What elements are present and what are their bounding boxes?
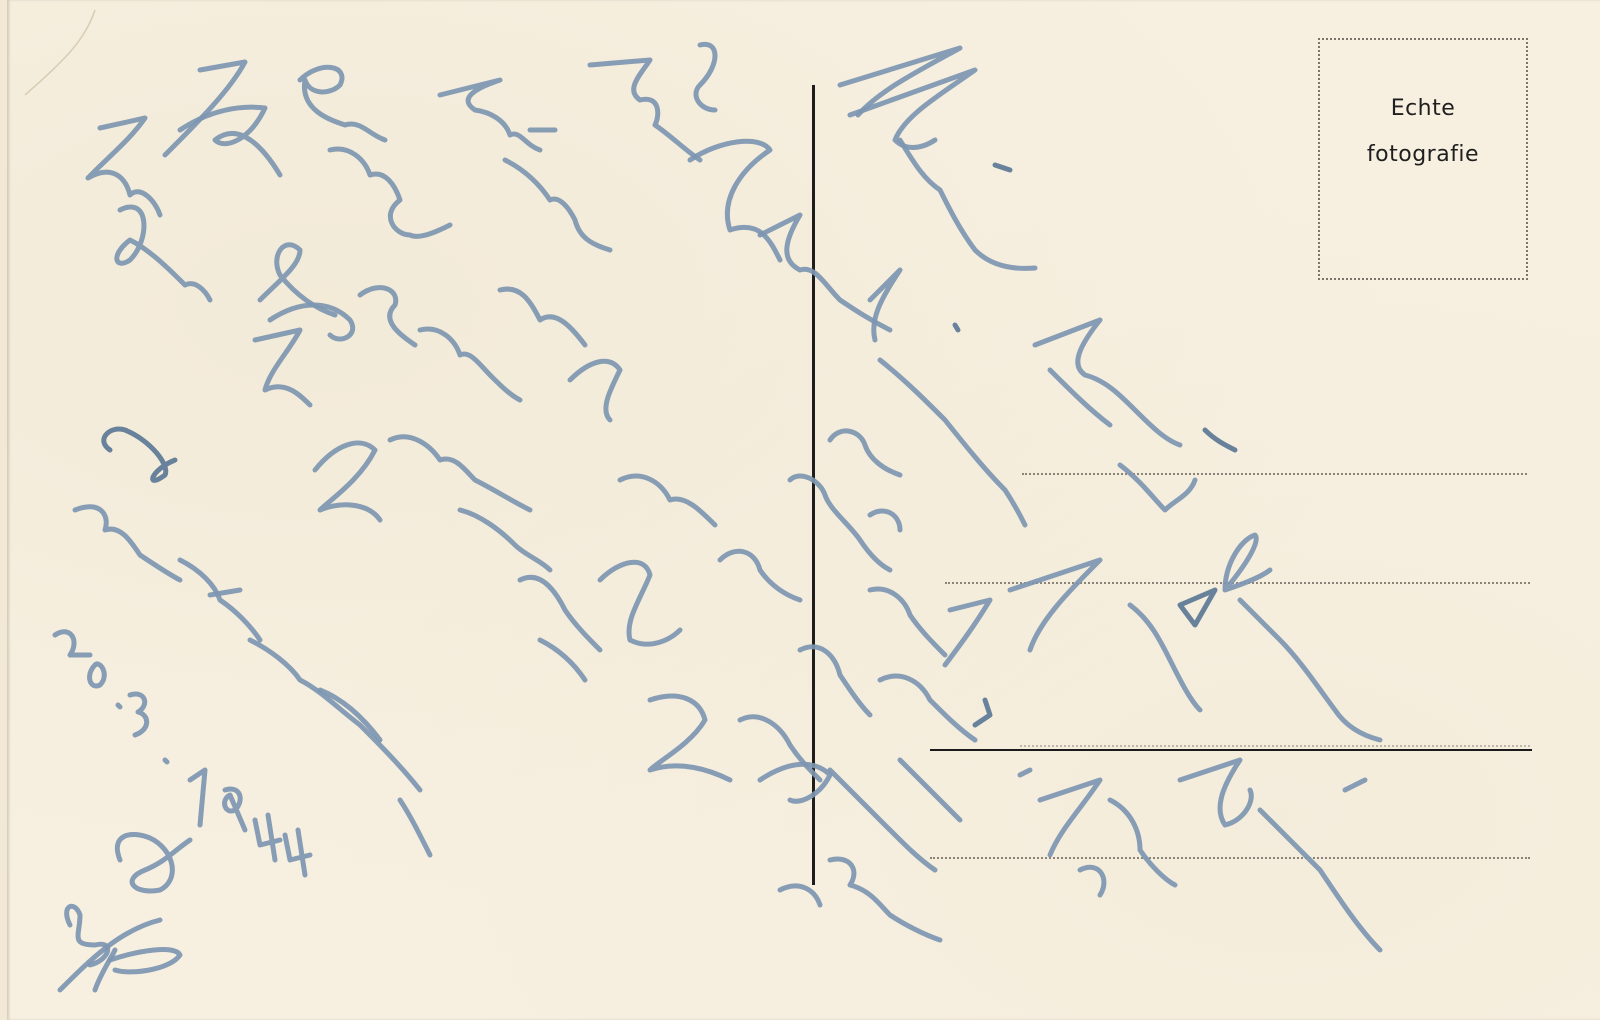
address-line-1 (1022, 473, 1527, 475)
stamp-placeholder-box: Echte fotografie (1318, 38, 1528, 280)
stamp-label-line2: fotografie (1320, 142, 1526, 167)
stamp-label-line1: Echte (1320, 96, 1526, 121)
paper-crease (15, 0, 105, 100)
address-line-4 (930, 857, 1530, 859)
center-divider-line (812, 85, 815, 885)
address-line-3 (930, 749, 1532, 751)
address-line-3-dotted (1020, 745, 1530, 747)
address-line-2 (945, 582, 1530, 584)
